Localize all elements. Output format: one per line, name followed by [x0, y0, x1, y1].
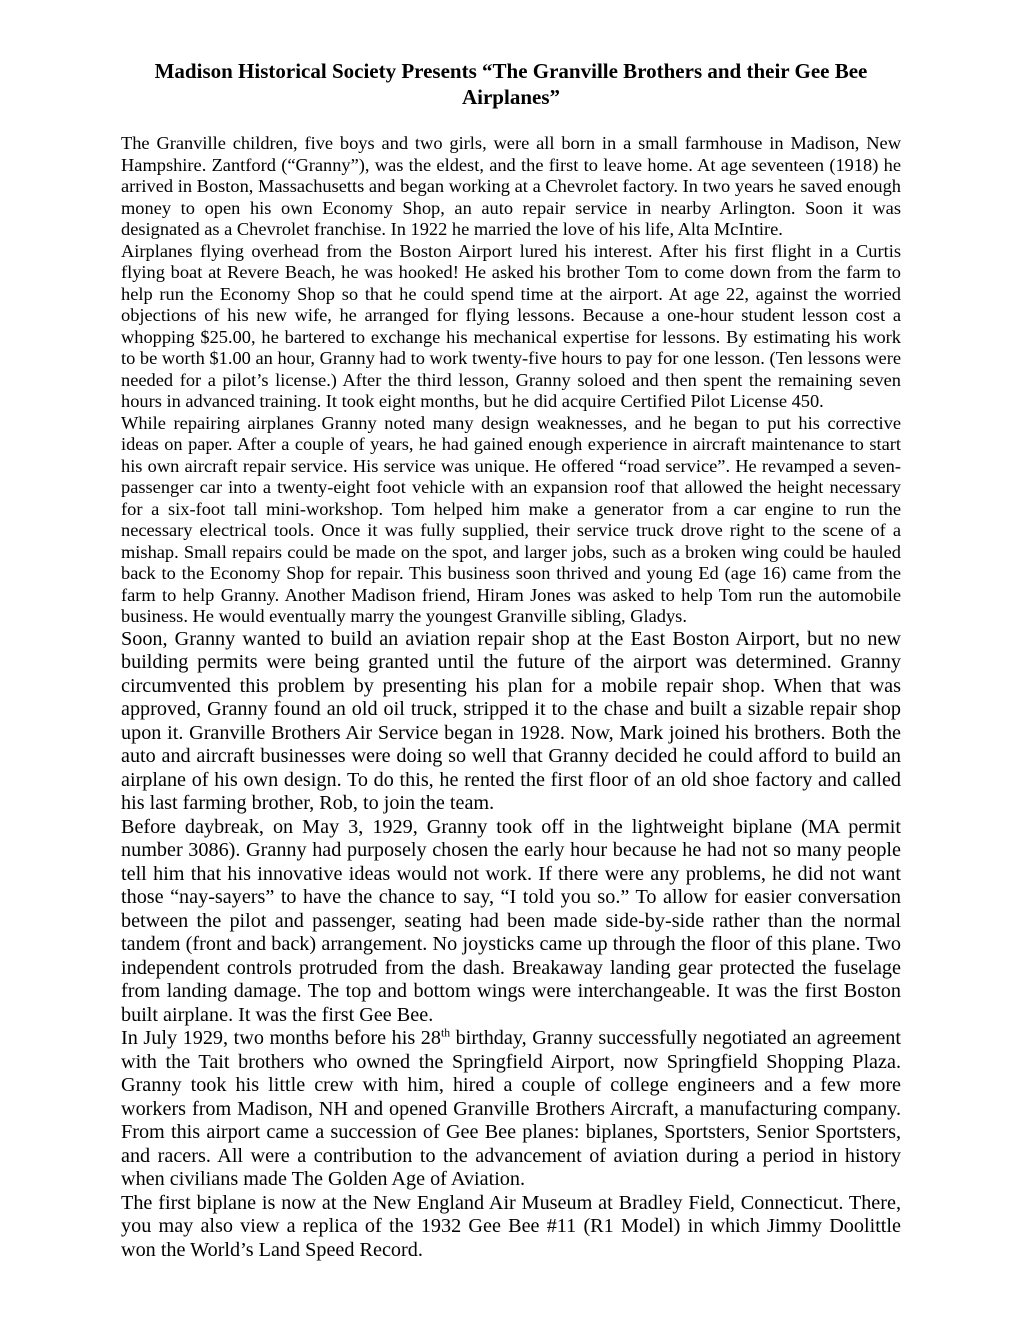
paragraph-granville-children: The Granville children, five boys and tw…	[121, 133, 901, 241]
document-page: Madison Historical Society Presents “The…	[0, 0, 1020, 1320]
paragraph-july-1929: In July 1929, two months before his 28th…	[121, 1027, 901, 1192]
paragraph-airplanes-overhead: Airplanes flying overhead from the Bosto…	[121, 241, 901, 413]
paragraph-july-1929-text-after-superscript: birthday, Granny successfully negotiated…	[121, 1027, 901, 1190]
paragraph-before-daybreak: Before daybreak, on May 3, 1929, Granny …	[121, 816, 901, 1028]
ordinal-superscript: th	[441, 1026, 450, 1039]
paragraph-repairing-airplanes: While repairing airplanes Granny noted m…	[121, 413, 901, 628]
document-body: The Granville children, five boys and tw…	[121, 133, 901, 1262]
paragraph-aviation-repair-shop: Soon, Granny wanted to build an aviation…	[121, 628, 901, 816]
paragraph-july-1929-text-before-superscript: In July 1929, two months before his 28	[121, 1027, 441, 1049]
document-title: Madison Historical Society Presents “The…	[121, 58, 901, 110]
paragraph-first-biplane-museum: The first biplane is now at the New Engl…	[121, 1192, 901, 1263]
